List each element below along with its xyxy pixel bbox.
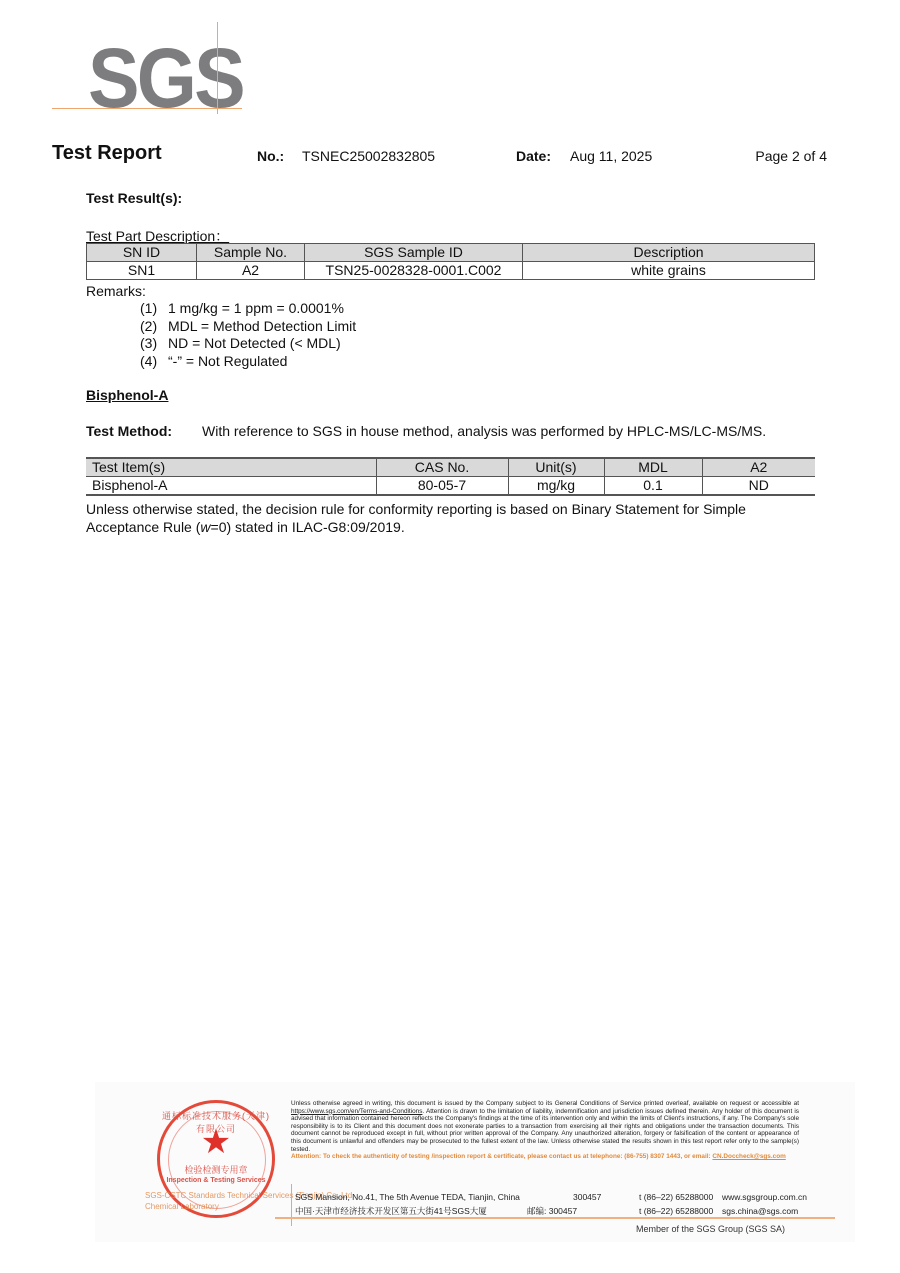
address-row-cn: 中国·天津市经济技术开发区第五大街41号SGS大厦 邮编: 300457 t (… (295, 1204, 835, 1218)
table-header-row: SN ID Sample No. SGS Sample ID Descripti… (87, 244, 815, 262)
remarks-label: Remarks: (86, 283, 146, 301)
website-link[interactable]: www.sgsgroup.com.cn (722, 1190, 807, 1204)
cell-a2-result: ND (702, 477, 815, 496)
phone-2: t (86–22) 65288000 (639, 1204, 713, 1218)
report-number-label: No.: (257, 148, 284, 164)
table-header-row: Test Item(s) CAS No. Unit(s) MDL A2 (86, 458, 815, 477)
terms-link[interactable]: https://www.sgs.com/en/Terms-and-Conditi… (291, 1108, 422, 1115)
stamp-cn-label: 检验检测专用章 (160, 1163, 272, 1176)
logo-vertical-rule (217, 22, 218, 114)
cell-test-item: Bisphenol-A (86, 477, 376, 496)
stamp-en-label: Inspection & Testing Services (160, 1177, 272, 1184)
footer-horizontal-rule (275, 1217, 835, 1219)
cell-description: white grains (523, 262, 815, 280)
cell-sample-no: A2 (197, 262, 305, 280)
bisphenol-results-table: Test Item(s) CAS No. Unit(s) MDL A2 Bisp… (86, 457, 815, 496)
table-row: Bisphenol-A 80-05-7 mg/kg 0.1 ND (86, 477, 815, 496)
address-en: SGS Mansion, No.41, The 5th Avenue TEDA,… (295, 1190, 520, 1204)
bisphenol-a-heading: Bisphenol-A (86, 387, 168, 403)
decision-rule-statement: Unless otherwise stated, the decision ru… (86, 500, 816, 536)
remark-item: (3)ND = Not Detected (< MDL) (140, 335, 356, 353)
col-sample-no: Sample No. (197, 244, 305, 262)
col-sgs-sample-id: SGS Sample ID (305, 244, 523, 262)
postcode-en: 300457 (573, 1190, 601, 1204)
table-row: SN1 A2 TSN25-0028328-0001.C002 white gra… (87, 262, 815, 280)
doccheck-email-link[interactable]: CN.Doccheck@sgs.com (712, 1153, 785, 1160)
address-row-en: SGS Mansion, No.41, The 5th Avenue TEDA,… (295, 1190, 835, 1204)
report-date-label: Date: (516, 148, 551, 164)
phone-1: t (86–22) 65288000 (639, 1190, 713, 1204)
cell-cas-no: 80-05-7 (376, 477, 508, 496)
col-a2: A2 (702, 458, 815, 477)
test-method-text: With reference to SGS in house method, a… (202, 423, 766, 439)
star-icon: ★ (160, 1125, 272, 1159)
report-date: Aug 11, 2025 (570, 148, 652, 164)
remarks-list: (1)1 mg/kg = 1 ppm = 0.0001% (2)MDL = Me… (140, 300, 356, 370)
cell-mdl: 0.1 (604, 477, 702, 496)
footer-vertical-rule (291, 1184, 292, 1226)
cell-sn-id: SN1 (87, 262, 197, 280)
remark-item: (4)“-” = Not Regulated (140, 353, 356, 371)
report-header: Test Report No.: TSNEC25002832805 Date: … (52, 142, 827, 168)
page-indicator: Page 2 of 4 (755, 148, 827, 164)
report-title: Test Report (52, 142, 162, 165)
remark-item: (2)MDL = Method Detection Limit (140, 318, 356, 336)
page-footer: 通标标准技术服务(天津)有限公司 ★ 检验检测专用章 Inspection & … (95, 1082, 855, 1242)
address-cn: 中国·天津市经济技术开发区第五大街41号SGS大厦 (295, 1204, 487, 1218)
col-description: Description (523, 244, 815, 262)
authenticity-notice: Attention: To check the authenticity of … (291, 1153, 799, 1161)
test-results-heading: Test Result(s): (86, 190, 182, 206)
col-sn-id: SN ID (87, 244, 197, 262)
cell-unit: mg/kg (508, 477, 604, 496)
col-cas-no: CAS No. (376, 458, 508, 477)
col-test-item: Test Item(s) (86, 458, 376, 477)
legal-disclaimer: Unless otherwise agreed in writing, this… (291, 1100, 799, 1161)
report-number: TSNEC25002832805 (302, 148, 435, 164)
sgs-logo: SGS (52, 22, 247, 114)
postcode-cn: 邮编: 300457 (527, 1204, 577, 1218)
address-block: SGS Mansion, No.41, The 5th Avenue TEDA,… (295, 1190, 835, 1218)
col-unit: Unit(s) (508, 458, 604, 477)
remark-item: (1)1 mg/kg = 1 ppm = 0.0001% (140, 300, 356, 318)
contact-email-link[interactable]: sgs.china@sgs.com (722, 1204, 798, 1218)
test-method-label: Test Method: (86, 423, 172, 439)
cell-sgs-sample-id: TSN25-0028328-0001.C002 (305, 262, 523, 280)
logo-horizontal-rule (52, 108, 242, 109)
test-part-table: SN ID Sample No. SGS Sample ID Descripti… (86, 243, 815, 280)
sgs-group-membership: Member of the SGS Group (SGS SA) (636, 1224, 785, 1234)
col-mdl: MDL (604, 458, 702, 477)
